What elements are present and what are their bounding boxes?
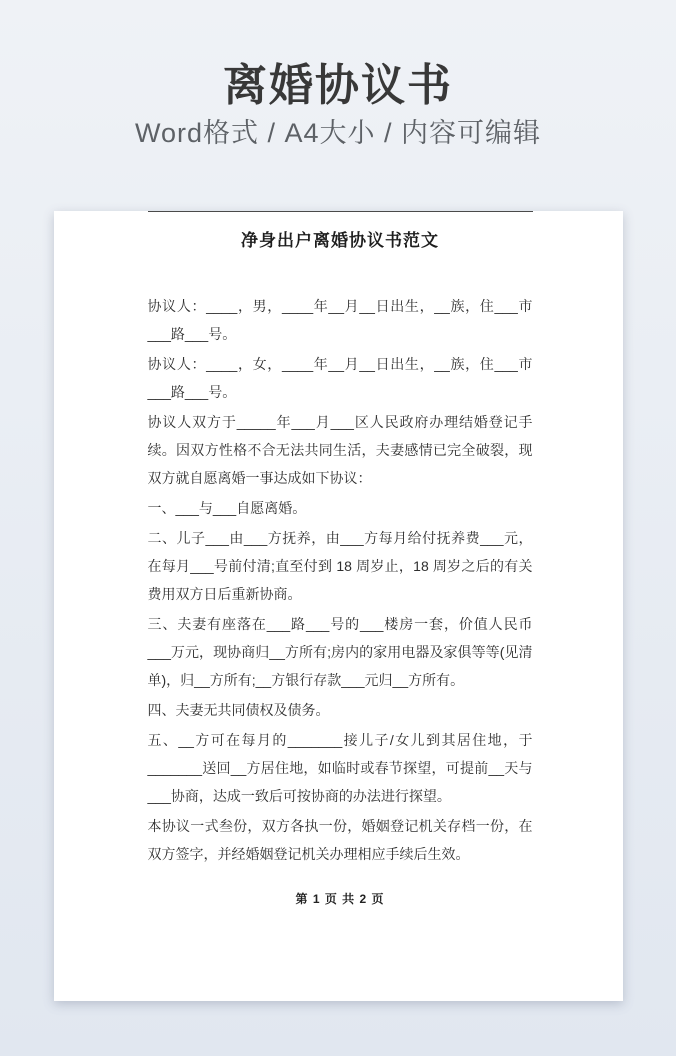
document-paragraph: 一、___与___自愿离婚。 (148, 494, 533, 522)
document-divider (148, 211, 533, 212)
document-paragraph: 三、夫妻有座落在___路___号的___楼房一套，价值人民币___万元，现协商归… (148, 610, 533, 694)
document-title: 净身出户离婚协议书范文 (148, 226, 533, 251)
document-page: 净身出户离婚协议书范文 协议人：____，男，____年__月__日出生，__族… (54, 211, 623, 1001)
document-paragraph: 五、__方可在每月的_______接儿子/女儿到其居住地，于_______送回_… (148, 726, 533, 810)
page-number-footer: 第 1 页 共 2 页 (148, 890, 533, 907)
document-paragraph: 协议人：____，女，____年__月__日出生，__族，住___市___路__… (148, 350, 533, 406)
document-paragraph: 协议人：____，男，____年__月__日出生，__族，住___市___路__… (148, 292, 533, 348)
document-paragraph: 协议人双方于_____年___月___区人民政府办理结婚登记手续。因双方性格不合… (148, 408, 533, 492)
document-body: 协议人：____，男，____年__月__日出生，__族，住___市___路__… (148, 292, 533, 868)
document-paragraph: 二、儿子___由___方抚养，由___方每月给付抚养费___元，在每月___号前… (148, 524, 533, 608)
document-paragraph: 四、夫妻无共同债权及债务。 (148, 696, 533, 724)
preview-title: 离婚协议书 (0, 60, 676, 112)
page-background: { "header": { "title": "离婚协议书", "subtitl… (0, 0, 676, 1056)
preview-subtitle: Word格式 / A4大小 / 内容可编辑 (0, 116, 676, 150)
document-paragraph: 本协议一式叁份，双方各执一份，婚姻登记机关存档一份，在双方签字，并经婚姻登记机关… (148, 812, 533, 868)
preview-header: 离婚协议书 Word格式 / A4大小 / 内容可编辑 (0, 0, 676, 150)
